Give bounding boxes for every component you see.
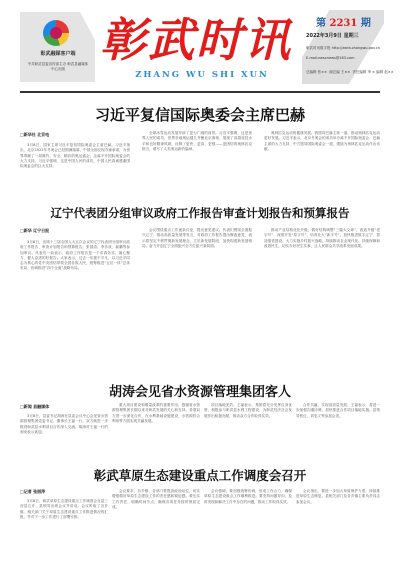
article-3-headline[interactable]: 胡涛会见省水资源管理集团客人 (0, 381, 400, 400)
article-1-byline: □新华社 北京电 (20, 132, 49, 138)
issue-number: 第 2231 期 (316, 14, 371, 29)
article-2-col-2: 会议围绕重点工作逐条讨论，提出意见建议。代表们围绕全面振兴辽宁、推动高质量发展等… (142, 228, 252, 370)
article-4-col-1: 3月8日，彰武草原生态建设重点工作调度会在县三河县召开，县领导出席会议并讲话。会… (20, 499, 108, 545)
article-4-col-4: 会议指出，要进一步加大草原保护力度，持续推进草原生态修复。县相关部门及各乡镇主要… (296, 489, 380, 529)
issue-date: 2022年3月9日 星期三 (306, 32, 359, 39)
logo-name: 彰武融媒客户端 (28, 50, 88, 57)
article-1-headline[interactable]: 习近平复信国际奥委会主席巴赫 (0, 104, 400, 125)
article-2-col-1: 3月8日，出席十三届全国人大五次会议的辽宁代表团分组审议政府工作报告、审查计划报… (20, 240, 130, 370)
issue-suffix: 期 (361, 18, 371, 29)
masthead: 彰武融媒客户端 中共彰武县委宣传部主办 彰武县融媒体中心出版 彰武时讯 ZHAN… (0, 0, 400, 92)
masthead-rule (20, 91, 380, 93)
newspaper-title: 彰武时讯 (100, 14, 300, 66)
issue-num: 2231 (329, 18, 357, 29)
article-2-headline[interactable]: 辽宁代表团分组审议政府工作报告审查计划报告和预算报告 (0, 205, 400, 221)
website: 彰武时讯数字报 http://zwrb.zhangwu.gov.cn (306, 46, 380, 51)
issue-prefix: 第 (316, 18, 326, 29)
article-1-col-1: 3月8日，国家主席习近平复信国际奥委会主席巴赫。习近平指出，北京2022年冬奥会… (20, 143, 130, 193)
email: E-mail:zwsxnews@163.com (306, 56, 355, 60)
article-2-col-3: 推动产业结构优化升级，做好结构调整“三篇大文章”，改造升级“老字号”、深度开发“… (264, 228, 380, 362)
article-3-col-4: 合作共赢，实现高质量发展。王福表示，将进一步加强沟通协调，加快推进合作项目落地实… (296, 403, 380, 448)
article-3-col-3: 项目落地见效。王福表示，集团将充分发挥自身优势，积极参与彰武县水利工程建设，为彰… (204, 403, 292, 456)
issue-info: 第 2231 期 2022年3月9日 星期三 彰武时讯数字报 http://zw… (302, 10, 384, 84)
staff-list: 总编辑 张×× 副总编 王×× 责任编辑 李 × 编辑 赵×× (306, 70, 394, 75)
article-1-col-2: 全球冰雪运动发展开辟了更为广阔的前景。习近平强调，这是世界人民的成功，世界各地奥… (142, 131, 252, 193)
article-4-byline: □记者 张丽萍 (20, 489, 45, 495)
newspaper-title-pinyin: ZHANG WU SHI XUN (122, 70, 282, 80)
app-logo-icon (43, 20, 69, 46)
media-logo: 彰武融媒客户端 中共彰武县委宣传部主办 彰武县融媒体中心出版 (20, 12, 95, 82)
article-1-col-3: 奥林匹克运动的健康发展。我愿同巴赫主席一道，推动奥林匹克运动更好发展。习近平表示… (264, 131, 380, 191)
article-3-col-1: 3月8日，县委书记胡涛在县委会议中心会见省水资源管理集团党委书记、董事长王福一行… (20, 414, 108, 456)
article-4-headline[interactable]: 彰武草原生态建设重点工作调度会召开 (0, 466, 400, 484)
article-3-col-2: 重大项目建设和增量改革的重要作用，感谢省水资源管理集团长期以来对彰武发展的关心和… (112, 403, 200, 456)
logo-subtitle: 中共彰武县委宣传部主办 彰武县融媒体中心出版 (26, 62, 90, 71)
article-4-col-2: 会议要求，各乡镇、各部门要提高政治站位，切实增强做好草原生态建设工作的责任感和紧… (112, 489, 200, 545)
article-4-col-3: 会议强调，要加强统筹协调，形成工作合力，确保草原生态建设重点工作顺利推进。要坚持… (204, 489, 292, 545)
article-2-byline: □新华 辽宁日报 (20, 228, 49, 234)
article-3-byline: □新闻 县融媒体 (20, 404, 49, 410)
